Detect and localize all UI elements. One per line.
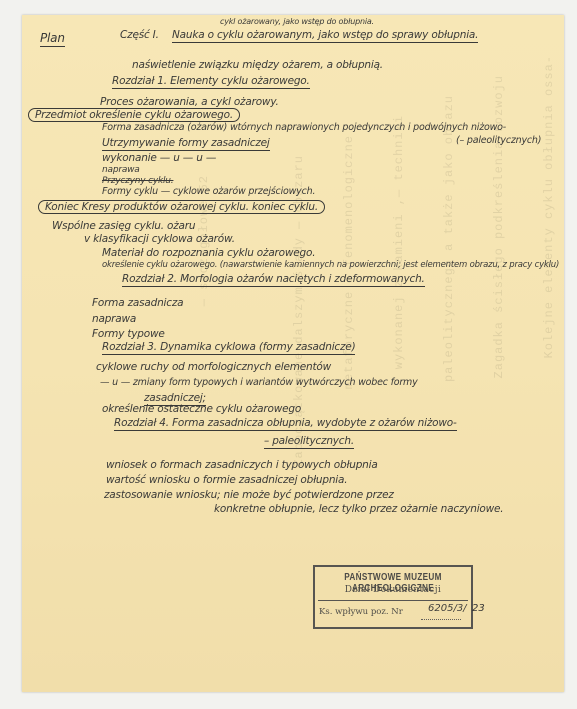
part-title: Nauka o cyklu ożarowanym, jako wstęp do … (172, 29, 478, 43)
outline-line: wartość wniosku o formie zasadniczej obł… (106, 474, 347, 486)
outline-line: określenie cyklu ożarowego. (nawarstwien… (102, 260, 559, 270)
stamp-entry-label: Ks. wpływu poz. Nr (319, 607, 403, 617)
outline-line: Formy typowe (92, 328, 165, 340)
outline-line: wykonanie — u — u — (102, 152, 216, 164)
outline-line: v klasyfikacji cyklowa ożarów. (84, 233, 235, 245)
document-page: Kolejne elementy cyklu obłupnia ossa- Za… (22, 15, 564, 692)
chapter-2-title: Rozdział 2. Morfologia ożarów naciętych … (122, 273, 425, 287)
header-insertion: cykl ożarowany, jako wstęp do obłupnia. (220, 17, 374, 26)
chapter-4-title-cont: – paleolitycznych. (264, 435, 354, 449)
outline-line: naprawa (102, 165, 140, 175)
plan-label: Plan (40, 31, 65, 47)
outline-line: konkretne obłupnie, lecz tylko przez oża… (214, 503, 503, 515)
stamp-department: Dział Dokumentacji (315, 585, 471, 595)
outline-line: cyklowe ruchy od morfologicznych element… (96, 361, 331, 373)
outline-line: Utrzymywanie formy zasadniczej (102, 137, 270, 151)
chapter-1-title: Rozdział 1. Elementy cyklu ożarowego. (112, 75, 310, 89)
outline-line: Wspólne zasięg cyklu. ożaru (52, 220, 195, 232)
outline-note: (– paleolitycznych) (456, 135, 541, 146)
stamp-divider (318, 600, 468, 601)
chapter-3-title: Rozdział 3. Dynamika cyklowa (formy zasa… (102, 341, 355, 355)
bleed-through-line: paleolitycznego a także jako obrazu (442, 95, 456, 382)
outline-line: Przyczyny cyklu. (102, 176, 173, 186)
museum-stamp: PAŃSTWOWE MUZEUM ARCHEOLOGICZNE Dział Do… (313, 565, 473, 629)
outline-line: Proces ożarowania, a cykl ożarowy. (100, 96, 279, 108)
outline-line: Materiał do rozpoznania cyklu ożarowego. (102, 247, 315, 259)
outline-line: zastosowanie wniosku; nie może być potwi… (104, 489, 394, 501)
stamp-dotted-line (421, 619, 461, 620)
outline-line: Forma zasadnicza (ożarów) wtórnych napra… (102, 122, 506, 133)
outline-line: — u — zmiany form typowych i wariantów w… (100, 377, 418, 388)
outline-line: Forma zasadnicza (92, 297, 183, 309)
outline-line: Przedmiot określenie cyklu ożarowego. (28, 109, 240, 121)
chapter-4-title: Rozdział 4. Forma zasadnicza obłupnia, w… (114, 417, 457, 431)
bleed-through-line: Kolejne elementy cyklu obłupnia ossa- (542, 55, 556, 358)
outline-line: Koniec Kresy produktów ożarowej cyklu. k… (38, 201, 325, 213)
outline-line: wniosek o formach zasadniczych i typowyc… (106, 459, 378, 471)
subtitle: naświetlenie związku między ożarem, a ob… (132, 59, 383, 71)
outline-line: naprawa (92, 313, 136, 325)
outline-line: określenie ostateczne cyklu ożarowego (102, 403, 301, 415)
stamp-entry-number: 6205/3/ (428, 603, 467, 614)
bleed-through-line: wykonanej z kamieni ,— techniki (392, 115, 406, 369)
part-label: Część I. (120, 29, 159, 41)
outline-line: Formy cyklu — cyklowe ożarów przejściowy… (102, 186, 315, 197)
bleed-through-line: Zagadka ścisłego podkreślenia rozwoju (492, 75, 506, 378)
stamp-number-suffix: 23 (472, 603, 485, 614)
